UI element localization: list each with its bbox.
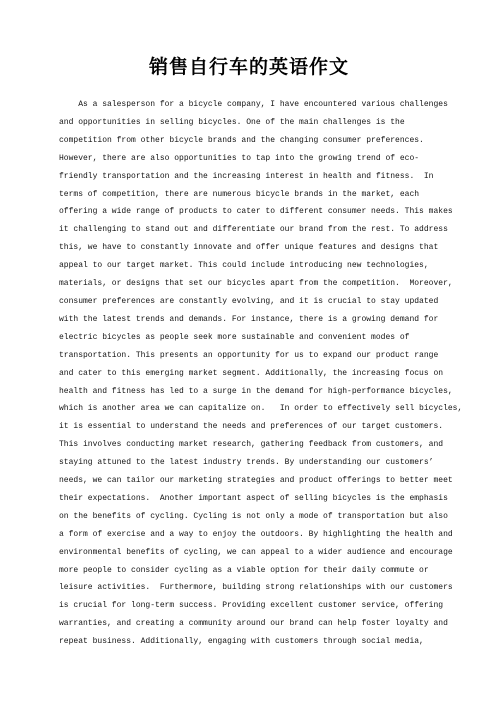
essay-line: appeal to our target market. This could …: [59, 257, 439, 275]
essay-line: consumer preferences are constantly evol…: [59, 293, 439, 311]
essay-line: competition from other bicycle brands an…: [59, 132, 439, 150]
essay-line: a form of exercise and a way to enjoy th…: [59, 526, 439, 544]
essay-line: This involves conducting market research…: [59, 436, 439, 454]
essay-line: friendly transportation and the increasi…: [59, 168, 439, 186]
essay-line: and cater to this emerging market segmen…: [59, 365, 439, 383]
essay-line: needs, we can tailor our marketing strat…: [59, 472, 439, 490]
essay-line: transportation. This presents an opportu…: [59, 347, 439, 365]
essay-line: it is essential to understand the needs …: [59, 418, 439, 436]
essay-line: repeat business. Additionally, engaging …: [59, 633, 439, 651]
essay-line: materials, or designs that set our bicyc…: [59, 275, 439, 293]
essay-line: environmental benefits of cycling, we ca…: [59, 544, 439, 562]
essay-line: leisure activities. Furthermore, buildin…: [59, 579, 439, 597]
essay-line: offering a wide range of products to cat…: [59, 203, 439, 221]
essay-line: with the latest trends and demands. For …: [59, 311, 439, 329]
essay-line: their expectations. Another important as…: [59, 490, 439, 508]
essay-line: terms of competition, there are numerous…: [59, 186, 439, 204]
essay-line: and opportunities in selling bicycles. O…: [59, 114, 439, 132]
essay-line: it challenging to stand out and differen…: [59, 221, 439, 239]
essay-line: electric bicycles as people seek more su…: [59, 329, 439, 347]
essay-line: However, there are also opportunities to…: [59, 150, 439, 168]
essay-line: this, we have to constantly innovate and…: [59, 239, 439, 257]
essay-line: is crucial for long-term success. Provid…: [59, 597, 439, 615]
essay-line: As a salesperson for a bicycle company, …: [59, 96, 439, 114]
essay-line: health and fitness has led to a surge in…: [59, 383, 439, 401]
essay-line: staying attuned to the latest industry t…: [59, 454, 439, 472]
essay-line: which is another area we can capitalize …: [59, 400, 439, 418]
essay-line: more people to consider cycling as a via…: [59, 562, 439, 580]
essay-line: on the benefits of cycling. Cycling is n…: [59, 508, 439, 526]
document-page: 销售自行车的英语作文 As a salesperson for a bicycl…: [0, 0, 496, 702]
essay-body: As a salesperson for a bicycle company, …: [59, 96, 439, 651]
document-title: 销售自行车的英语作文: [59, 56, 439, 80]
essay-line: warranties, and creating a community aro…: [59, 615, 439, 633]
